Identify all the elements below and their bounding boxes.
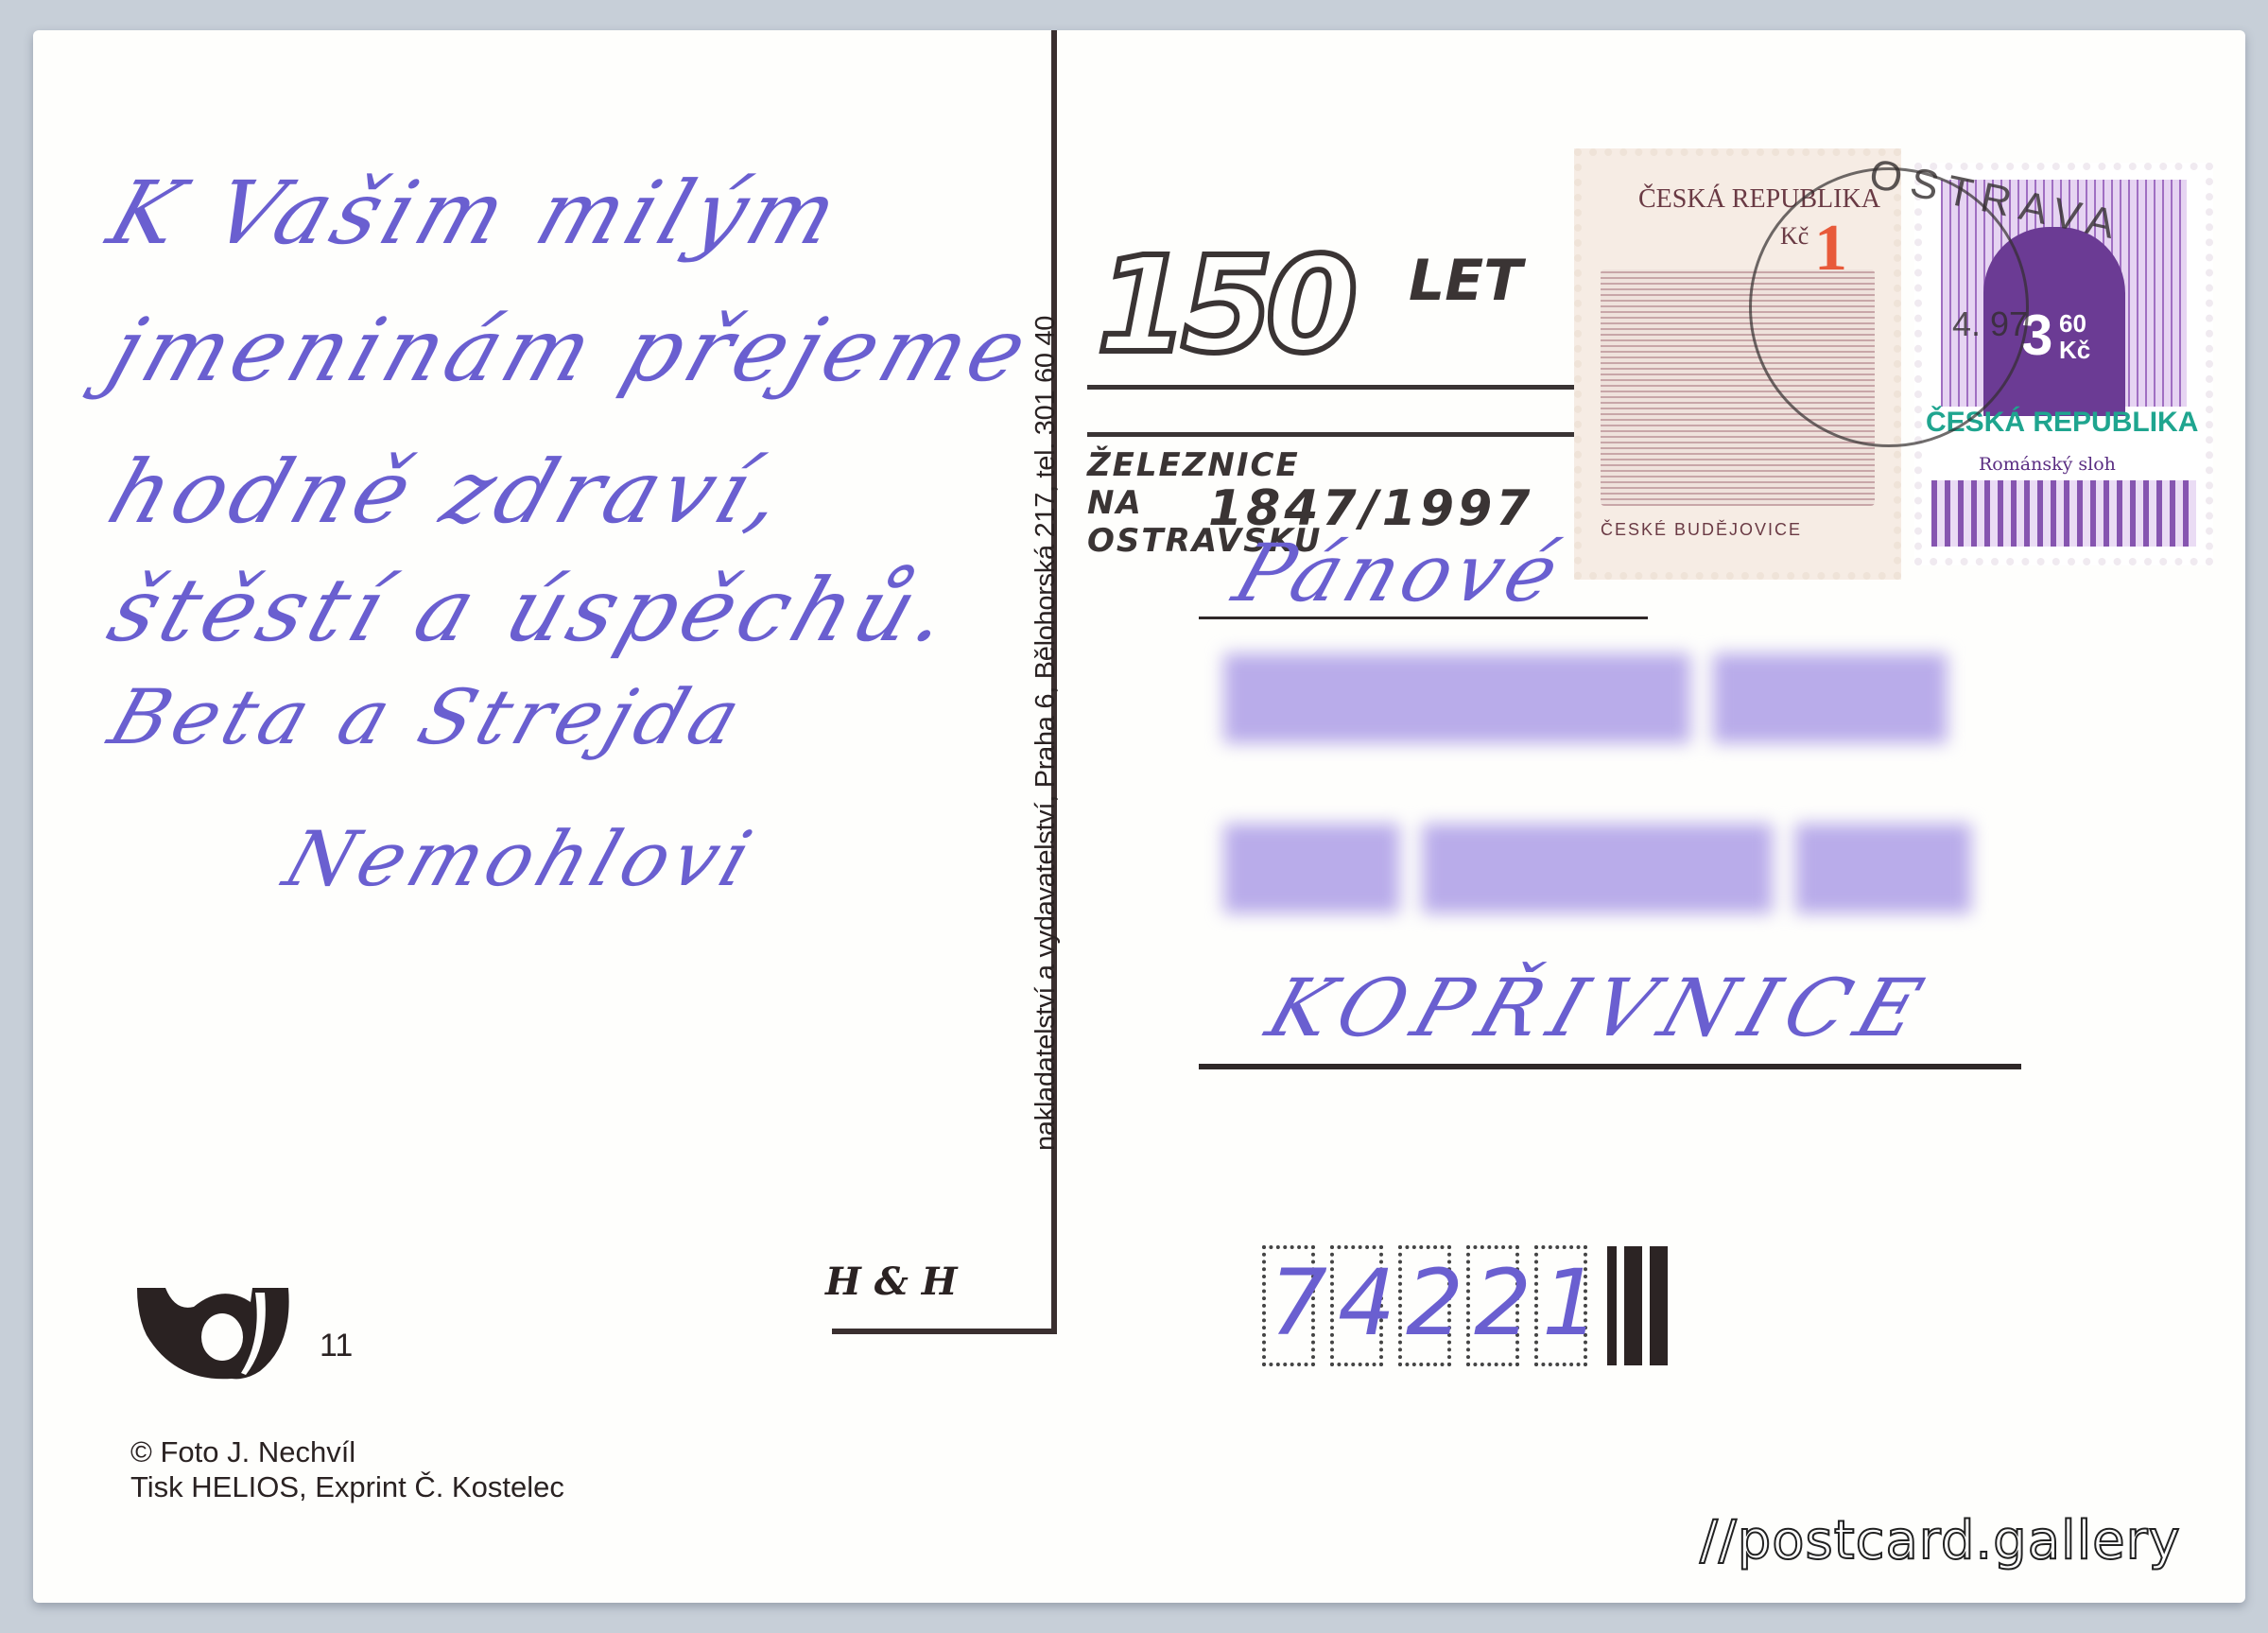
message-line: K Vašim milým [97, 163, 856, 264]
postmark-let: LET [1409, 248, 1522, 314]
postcode-digit: 4 [1338, 1250, 1395, 1356]
print-credit: Tisk HELIOS, Exprint Č. Kostelec [130, 1469, 564, 1504]
postcode-digit: 2 [1474, 1250, 1532, 1356]
ornament-border [1931, 480, 2196, 547]
postcode-digit: 7 [1270, 1250, 1327, 1356]
sorting-bar [1624, 1246, 1642, 1365]
divider-horizontal [832, 1329, 1057, 1334]
message-line: Beta a Strejda [99, 673, 756, 761]
credits: © Foto J. Nechvíl Tisk HELIOS, Exprint Č… [130, 1434, 564, 1504]
address-line1: Pánové [1223, 527, 1576, 619]
stamp-value-cents: 60 Kč [2059, 310, 2090, 363]
stamp-caption: ČESKÉ BUDĚJOVICE [1601, 520, 1802, 540]
postcard-back: K Vašim milým jmeninám přejeme hodně zdr… [33, 30, 2245, 1603]
postcode-digit: 1 [1542, 1250, 1600, 1356]
address-line3-redacted: ███ ██████ ███ [1224, 825, 1970, 912]
postcode-digit: 2 [1406, 1250, 1463, 1356]
address-city: KOPŘIVNICE [1256, 962, 1944, 1054]
post-horn-icon [137, 1288, 298, 1382]
message-signature: Nemohlovi [274, 815, 768, 903]
message-line: štěstí a úspěchů. [97, 560, 968, 661]
publisher-logo: H & H [825, 1259, 958, 1304]
publisher-text: nakladatelství a vydavatelství, Praha 6,… [1030, 316, 1062, 1151]
photo-credit: © Foto J. Nechvíl [130, 1434, 564, 1469]
address-rule [1199, 1064, 2021, 1069]
message-line: hodně zdraví, [97, 442, 803, 543]
postmark-150: 150 [1097, 229, 1350, 383]
post-logo-number: 11 [320, 1328, 353, 1364]
watermark: //postcard.gallery [1700, 1510, 2181, 1572]
cancellation-date: 4. 97 [1952, 304, 2028, 344]
address-line2-redacted: ████████ ████ [1224, 654, 1947, 742]
address-rule [1199, 617, 1648, 619]
sorting-bar [1650, 1246, 1668, 1365]
stamp-subtitle: Románský sloh [1979, 454, 2116, 475]
message-line: jmeninám přejeme [97, 300, 1045, 401]
sorting-bar [1607, 1246, 1617, 1365]
